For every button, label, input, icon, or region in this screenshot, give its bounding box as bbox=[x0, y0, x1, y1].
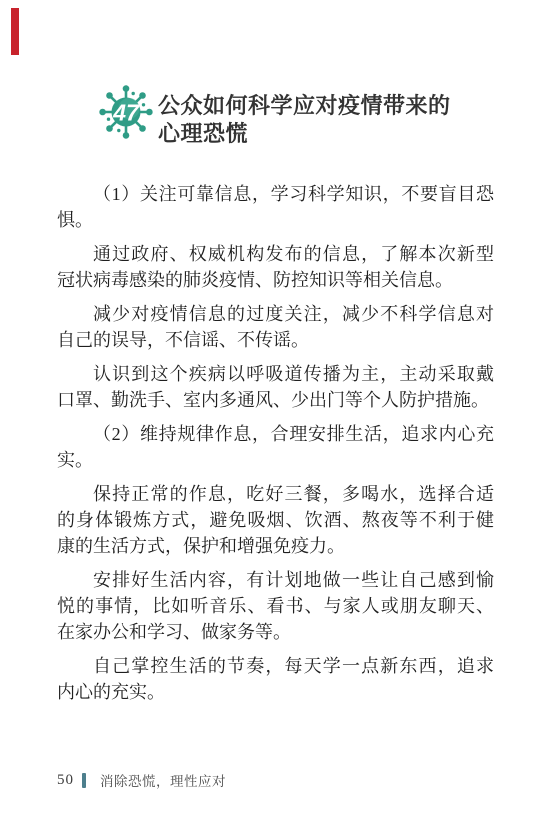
text-line: 冠状病毒感染的肺炎疫情、防控知识等相关信息。 bbox=[57, 267, 494, 293]
body-text: （1）关注可靠信息，学习科学知识，不要盲目恐 惧。 通过政府、权威机构发布的信息… bbox=[57, 181, 494, 713]
paragraph: 认识到这个疾病以呼吸道传播为主，主动采取戴 口罩、勤洗手、室内多通风、少出门等个… bbox=[57, 361, 494, 413]
text-line: 实。 bbox=[57, 447, 494, 473]
text-line: 的身体锻炼方式，避免吸烟、饮酒、熬夜等不利于健 bbox=[57, 507, 494, 533]
book-page: 47 公众如何科学应对疫情带来的 心理恐慌 （1）关注可靠信息，学习科学知识，不… bbox=[0, 0, 550, 825]
text-line: 通过政府、权威机构发布的信息，了解本次新型 bbox=[57, 241, 494, 267]
page-number: 50 bbox=[57, 772, 74, 789]
text-line: 惧。 bbox=[57, 207, 494, 233]
text-line: 自己的误导，不信谣、不传谣。 bbox=[57, 327, 494, 353]
paragraph: （2）维持规律作息，合理安排生活，追求内心充 实。 bbox=[57, 421, 494, 473]
section-title: 公众如何科学应对疫情带来的 心理恐慌 bbox=[158, 92, 451, 148]
text-line: 保持正常的作息，吃好三餐，多喝水，选择合适 bbox=[57, 481, 494, 507]
text-line: 在家办公和学习、做家务等。 bbox=[57, 619, 494, 645]
footer-tagline: 消除恐慌，理性应对 bbox=[100, 770, 226, 790]
paragraph: 自己掌控生活的节奏，每天学一点新东西，追求 内心的充实。 bbox=[57, 653, 494, 705]
text-line: 悦的事情，比如听音乐、看书、与家人或朋友聊天、 bbox=[57, 593, 494, 619]
text-line: 康的生活方式，保护和增强免疫力。 bbox=[57, 533, 494, 559]
paragraph: 减少对疫情信息的过度关注，减少不科学信息对 自己的误导，不信谣、不传谣。 bbox=[57, 301, 494, 353]
text-line: 内心的充实。 bbox=[57, 679, 494, 705]
page-footer: 50 消除恐慌，理性应对 bbox=[57, 770, 226, 790]
virus-icon: 47 bbox=[97, 83, 155, 141]
footer-divider bbox=[82, 773, 86, 788]
text-line: 口罩、勤洗手、室内多通风、少出门等个人防护措施。 bbox=[57, 387, 494, 413]
section-title-line2: 心理恐慌 bbox=[158, 120, 451, 148]
paragraph: 保持正常的作息，吃好三餐，多喝水，选择合适 的身体锻炼方式，避免吸烟、饮酒、熬夜… bbox=[57, 481, 494, 559]
section-title-line1: 公众如何科学应对疫情带来的 bbox=[158, 92, 451, 120]
paragraph: 通过政府、权威机构发布的信息，了解本次新型 冠状病毒感染的肺炎疫情、防控知识等相… bbox=[57, 241, 494, 293]
virus-icon-graphic: 47 bbox=[97, 83, 155, 141]
text-line: 安排好生活内容，有计划地做一些让自己感到愉 bbox=[57, 567, 494, 593]
chapter-ribbon bbox=[11, 8, 19, 55]
text-line: （2）维持规律作息，合理安排生活，追求内心充 bbox=[57, 421, 494, 447]
text-line: （1）关注可靠信息，学习科学知识，不要盲目恐 bbox=[57, 181, 494, 207]
text-line: 减少对疫情信息的过度关注，减少不科学信息对 bbox=[57, 301, 494, 327]
paragraph: （1）关注可靠信息，学习科学知识，不要盲目恐 惧。 bbox=[57, 181, 494, 233]
paragraph: 安排好生活内容，有计划地做一些让自己感到愉 悦的事情，比如听音乐、看书、与家人或… bbox=[57, 567, 494, 645]
text-line: 自己掌控生活的节奏，每天学一点新东西，追求 bbox=[57, 653, 494, 679]
section-number: 47 bbox=[112, 100, 140, 126]
text-line: 认识到这个疾病以呼吸道传播为主，主动采取戴 bbox=[57, 361, 494, 387]
